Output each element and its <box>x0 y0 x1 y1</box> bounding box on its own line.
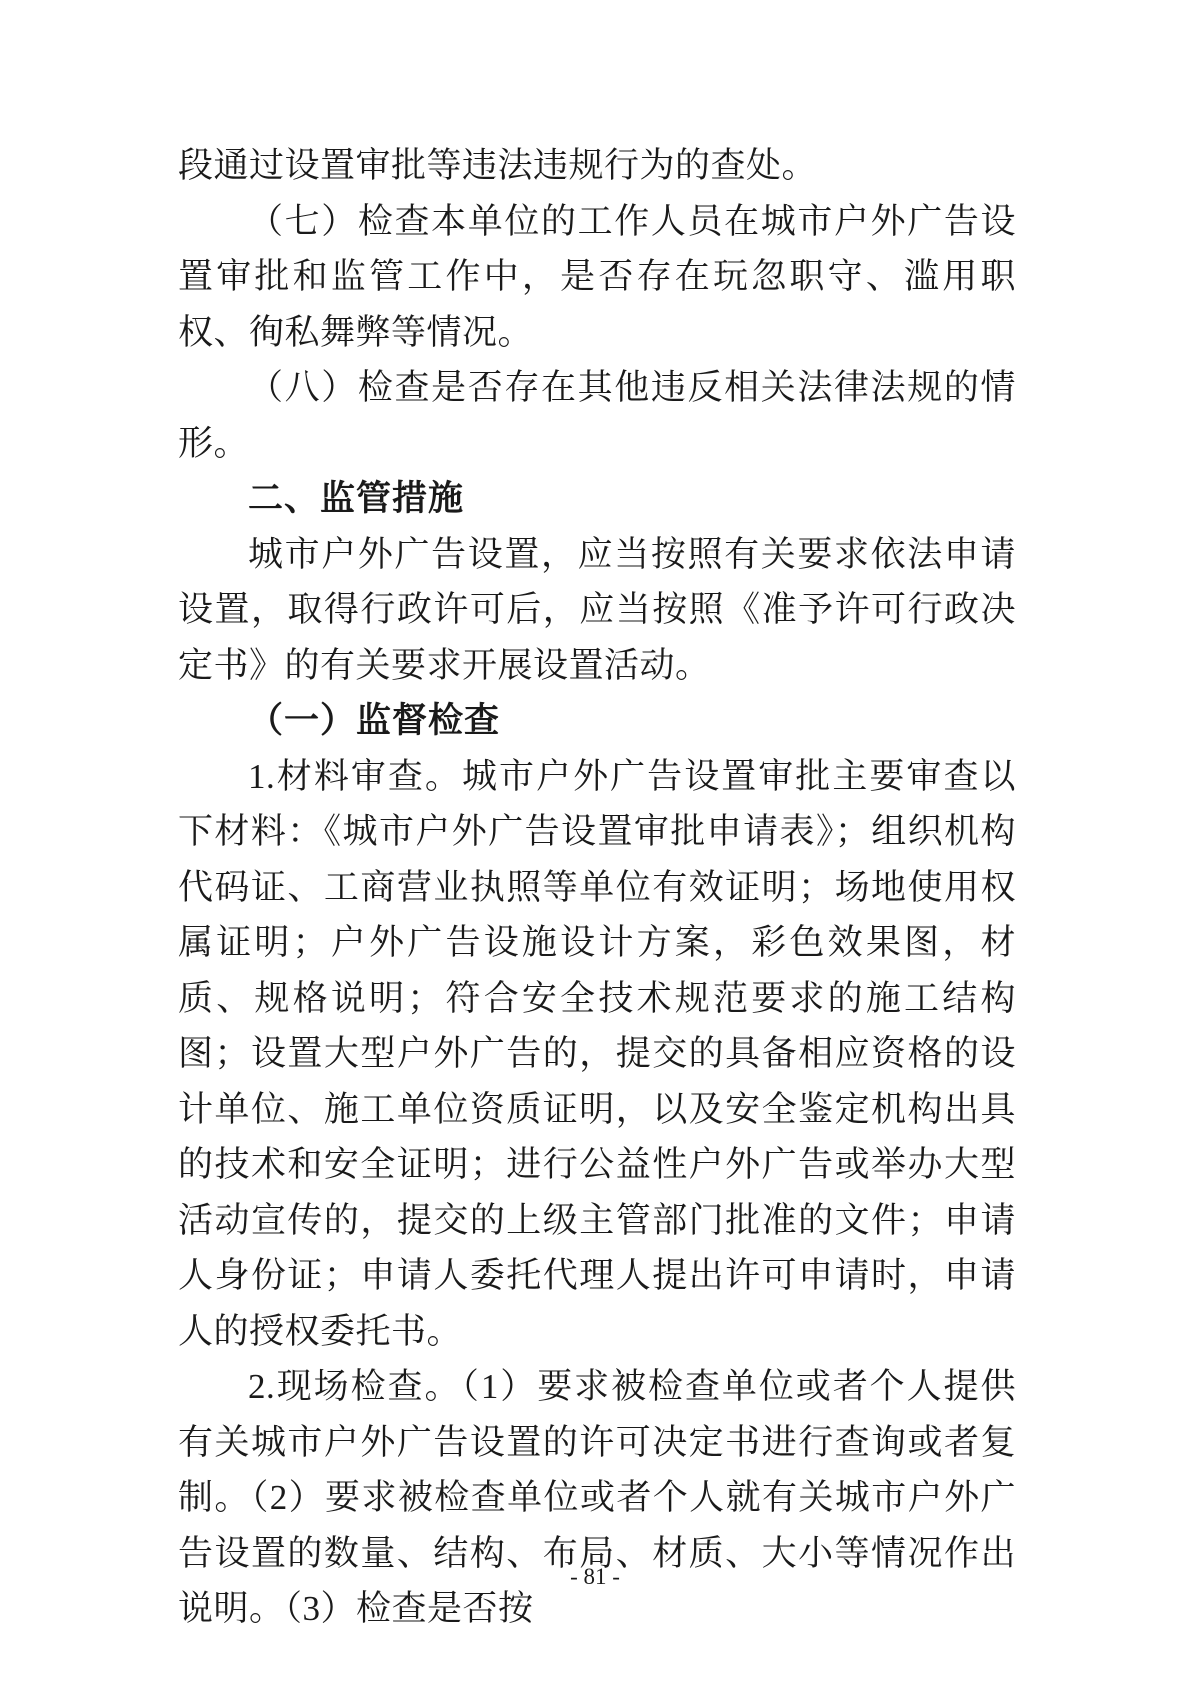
subsection-1-heading: （一）监督检查 <box>178 693 1016 749</box>
section-2-intro-paragraph: 城市户外广告设置，应当按照有关要求依法申请设置，取得行政许可后，应当按照《准予许… <box>178 527 1016 694</box>
page-number: - 81 - <box>0 1563 1190 1591</box>
material-review-paragraph: 1.材料审查。城市户外广告设置审批主要审查以下材料：《城市户外广告设置审批申请表… <box>178 749 1016 1360</box>
item-7-paragraph: （七）检查本单位的工作人员在城市户外广告设置审批和监管工作中，是否存在玩忽职守、… <box>178 194 1016 361</box>
continuation-paragraph: 段通过设置审批等违法违规行为的查处。 <box>178 138 1016 194</box>
document-page: 段通过设置审批等违法违规行为的查处。（七）检查本单位的工作人员在城市户外广告设置… <box>0 0 1190 1683</box>
item-8-paragraph: （八）检查是否存在其他违反相关法律法规的情形。 <box>178 360 1016 471</box>
section-2-heading: 二、监管措施 <box>178 471 1016 527</box>
site-inspection-paragraph: 2.现场检查。（1）要求被检查单位或者个人提供有关城市户外广告设置的许可决定书进… <box>178 1359 1016 1637</box>
document-body: 段通过设置审批等违法违规行为的查处。（七）检查本单位的工作人员在城市户外广告设置… <box>178 138 1016 1637</box>
